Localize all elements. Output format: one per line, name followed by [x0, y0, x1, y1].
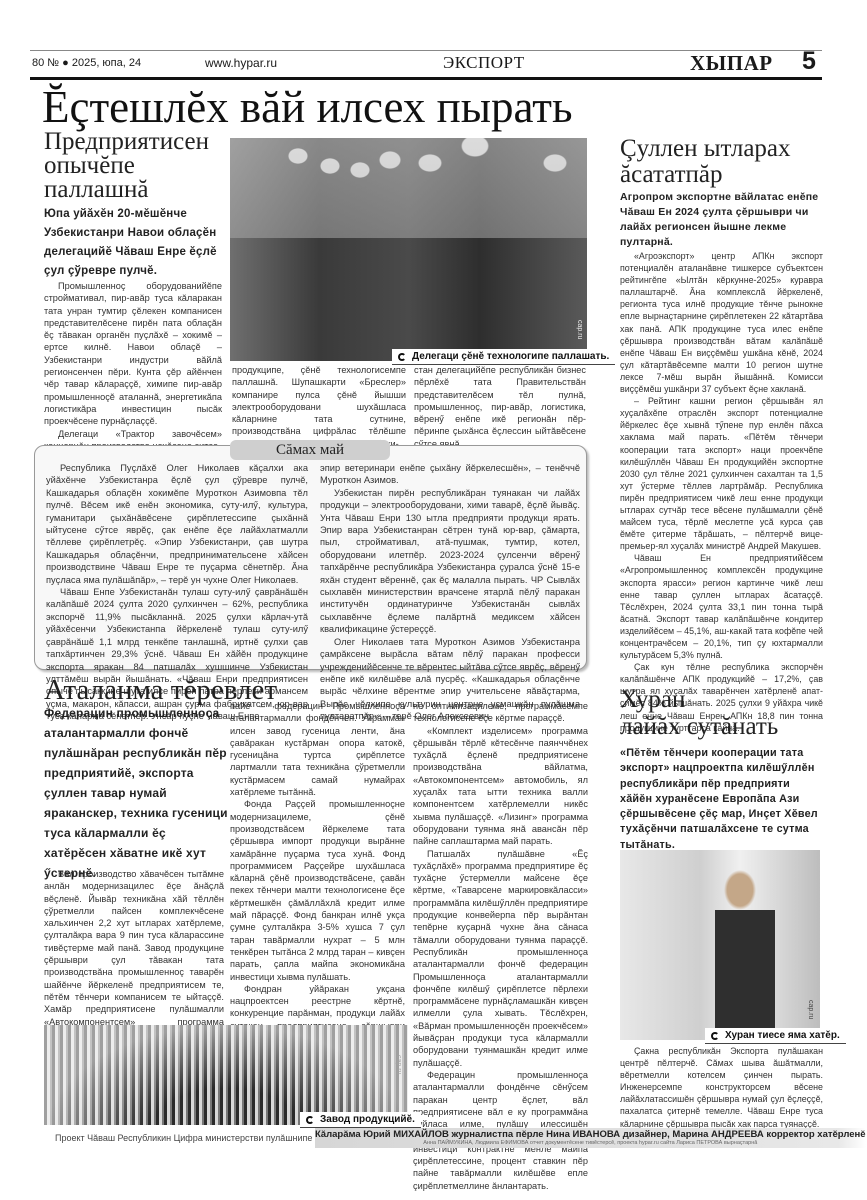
caption-text: Хуран тиесе яма хатĕр.	[725, 1030, 840, 1041]
sidebar-box-col2: эпир ветеринари енĕпе çыхăну йĕркелесшĕн…	[320, 462, 580, 723]
photo-credit: cap.ru	[395, 1055, 402, 1074]
article4-title-line: Хуран	[620, 686, 825, 713]
article3-title-line: Çуллен ытларах	[620, 136, 825, 162]
footer: Проект Чăваш Республикин Цифра министерс…	[30, 1128, 810, 1148]
page-number: 5	[802, 47, 816, 76]
paragraph: Патшалăх пулăшăвне «Ĕç тухăçлăхĕ» програ…	[413, 848, 588, 1069]
paragraph: «Агроэкспорт» центр АПКн экспорт потенци…	[620, 250, 823, 395]
paragraph: Республика Пуçлăхĕ Олег Николаев кăçалхи…	[46, 462, 308, 586]
article1-title-line: опычĕпе	[44, 154, 229, 178]
article4-title: Хуран лайăх сутăнать	[620, 686, 825, 740]
delegation-photo: cap.ru	[230, 138, 587, 361]
paragraph: Промышленноç оборудованийĕпе стройматива…	[44, 280, 222, 428]
article1-title-line: паллашнă	[44, 178, 229, 202]
article1-title-line: Предприятисен	[44, 130, 229, 154]
paper-name: ХЫПАР	[690, 51, 773, 76]
article3-title: Çуллен ытларах ăсататпăр	[620, 136, 825, 188]
issue-info: 80 № ● 2025, юпа, 24	[32, 57, 141, 69]
page-headline: Ĕçтешлĕх вăй илсех пырать	[42, 82, 573, 132]
website-link[interactable]: www.hypar.ru	[205, 56, 277, 70]
article2-col2: пайĕ – федерацин Промышленноçа аталантар…	[230, 700, 405, 1069]
paragraph: эпир ветеринари енĕпе çыхăну йĕркелесшĕн…	[320, 462, 580, 487]
boiler-photo: cap.ru	[620, 850, 820, 1040]
section-name: ЭКСПОРТ	[443, 53, 525, 73]
paragraph: Çакна республикăн Экспорта пулăшакан цен…	[620, 1045, 823, 1130]
paragraph: не оптимизацилеме, программăсемпе технол…	[413, 700, 588, 725]
caption-bullet-icon	[398, 353, 406, 361]
article3-title-line: ăсататпăр	[620, 162, 825, 188]
paragraph: – Рейтинг кашни регион çĕршывăн ял хуçал…	[620, 395, 823, 552]
tracks-photo: cap.ru	[44, 1025, 408, 1125]
article1-col3: стан делегацийĕпе республикăн бизнес пĕр…	[414, 364, 586, 450]
paragraph: «Комплект изделисем» программа çĕршывăн …	[413, 725, 588, 848]
paragraph: продукципе, çĕнĕ технологисемпе паллашнă…	[232, 364, 406, 450]
caption-bullet-icon	[711, 1032, 719, 1040]
paragraph: пайĕ – федерацин Промышленноçа аталантар…	[230, 700, 405, 798]
photo-credit: cap.ru	[807, 1000, 814, 1019]
article3-body: «Агроэкспорт» центр АПКн экспорт потенци…	[620, 250, 823, 734]
article1-lead: Юпа уйăхĕн 20-мĕшĕнче Узбекистанри Навои…	[44, 205, 224, 281]
header-bottom-rule	[30, 77, 822, 80]
sidebar-box-title: Сăмах май	[230, 440, 390, 460]
article3-lead: Агропром экспортне вăйлатас енĕпе Чăваш …	[620, 190, 825, 250]
footer-project-note: Проект Чăваш Республикин Цифра министерс…	[30, 1128, 315, 1148]
article2-col3: не оптимизацилеме, программăсемпе технол…	[413, 700, 588, 1192]
boiler-photo-caption: Хуран тиесе яма хатĕр.	[705, 1028, 846, 1044]
caption-bullet-icon	[306, 1116, 314, 1124]
caption-text: Делегаци çĕнĕ технологипе паллашать.	[412, 351, 609, 362]
article4-title-line: лайăх сутăнать	[620, 713, 825, 740]
paragraph: Фонда Раççей промышленноçне модернизацил…	[230, 798, 405, 982]
footer-staff: Кăларăма Юрий МИХАЙЛОВ журналистпа пĕрле…	[315, 1129, 866, 1140]
delegation-photo-caption: Делегаци çĕнĕ технологипе паллашать.	[392, 349, 615, 365]
article1-title: Предприятисен опычĕпе паллашнă	[44, 130, 229, 202]
article1-col2: продукципе, çĕнĕ технологисемпе паллашнă…	[232, 364, 406, 450]
article4-body: Çакна республикăн Экспорта пулăшакан цен…	[620, 1045, 823, 1130]
article1-col1: Промышленноç оборудованийĕпе стройматива…	[44, 280, 222, 452]
paragraph: Узбекистан пирĕн республикăран туянакан …	[320, 487, 580, 636]
caption-text: Завод продукцийĕ.	[320, 1114, 415, 1125]
tracks-photo-caption: Завод продукцийĕ.	[300, 1112, 421, 1128]
footer-tech: Анна ПАЙМУКИНА, Людмила ЕФИМОВА отчет до…	[315, 1140, 866, 1146]
photo-credit: cap.ru	[576, 320, 583, 339]
article2-lead: Федерацин промышленноçа аталантармалли ф…	[44, 703, 229, 883]
footer-credits: Кăларăма Юрий МИХАЙЛОВ журналистпа пĕрле…	[315, 1128, 866, 1148]
paragraph: Чăваш Ен предприятийĕсем «Агропромышленн…	[620, 552, 823, 661]
paragraph: стан делегацийĕпе республикăн бизнес пĕр…	[414, 364, 586, 450]
article4-lead: «Пĕтĕм тĕнчери кооперации тата экспорт» …	[620, 746, 825, 853]
